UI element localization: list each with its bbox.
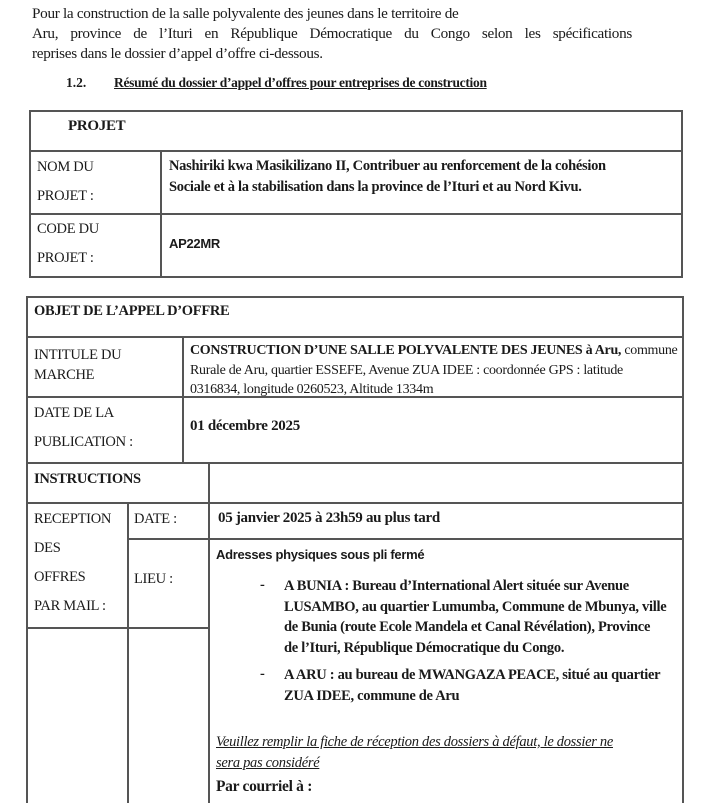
projet-header: PROJET bbox=[68, 118, 125, 135]
value-line: 0316834, longitude 0260523, Altitude 133… bbox=[190, 380, 677, 400]
value-line: Rurale de Aru, quartier ESSEFE, Avenue Z… bbox=[190, 361, 677, 381]
label-line: MARCHE bbox=[34, 365, 121, 385]
label-line: DATE DE LA bbox=[34, 399, 133, 428]
label-line: PUBLICATION : bbox=[34, 428, 133, 457]
address-aru: A ARU : au bureau de MWANGAZA PEACE, sit… bbox=[284, 665, 660, 706]
table-border bbox=[682, 296, 684, 803]
section-number: 1.2. bbox=[66, 75, 86, 91]
table-border bbox=[29, 150, 682, 152]
intitule-label: INTITULE DU MARCHE bbox=[34, 345, 121, 385]
note-line: sera pas considéré bbox=[216, 753, 613, 774]
address-line: A BUNIA : Bureau d’International Alert s… bbox=[284, 576, 666, 597]
address-line: ZUA IDEE, commune de Aru bbox=[284, 686, 660, 707]
label-line: OFFRES bbox=[34, 563, 111, 592]
date-value: 05 janvier 2025 à 23h59 au plus tard bbox=[218, 510, 440, 527]
bullet: - bbox=[260, 577, 265, 594]
value-line: CONSTRUCTION D’UNE SALLE POLYVALENTE DES… bbox=[190, 341, 677, 361]
table-border bbox=[26, 502, 683, 504]
label-line: NOM DU bbox=[37, 153, 94, 182]
label-line: CODE DU bbox=[37, 215, 99, 244]
courriel-label: Par courriel à : bbox=[216, 778, 312, 796]
objet-header: OBJET DE L’APPEL D’OFFRE bbox=[34, 303, 229, 320]
bullet: - bbox=[260, 666, 265, 683]
intitule-value: CONSTRUCTION D’UNE SALLE POLYVALENTE DES… bbox=[190, 341, 677, 400]
code-projet-value: AP22MR bbox=[169, 236, 220, 251]
lieu-label: LIEU : bbox=[134, 571, 173, 588]
table-border bbox=[182, 336, 184, 463]
table-border bbox=[29, 213, 682, 215]
instructions-header: INSTRUCTIONS bbox=[34, 471, 141, 488]
table-border bbox=[681, 110, 683, 278]
table-border bbox=[26, 462, 683, 464]
table-border bbox=[127, 538, 683, 540]
table-border bbox=[127, 502, 129, 803]
address-line: de l’Ituri, République Démocratique du C… bbox=[284, 638, 666, 659]
value-bold: CONSTRUCTION D’UNE SALLE POLYVALENTE DES… bbox=[190, 343, 621, 358]
date-label: DATE : bbox=[134, 511, 177, 528]
value-line: Sociale et à la stabilisation dans la pr… bbox=[169, 177, 606, 198]
table-border bbox=[26, 336, 683, 338]
lieu-heading: Adresses physiques sous pli fermé bbox=[216, 547, 424, 562]
label-line: PROJET : bbox=[37, 182, 94, 211]
table-border bbox=[26, 296, 683, 298]
publication-date: 01 décembre 2025 bbox=[190, 418, 300, 435]
address-bunia: A BUNIA : Bureau d’International Alert s… bbox=[284, 576, 666, 658]
address-line: A ARU : au bureau de MWANGAZA PEACE, sit… bbox=[284, 665, 660, 686]
value-rest: commune bbox=[621, 343, 677, 358]
code-projet-label: CODE DU PROJET : bbox=[37, 215, 99, 273]
value-line: Nashiriki kwa Masikilizano II, Contribue… bbox=[169, 156, 606, 177]
table-border bbox=[26, 627, 209, 629]
reception-label: RECEPTION DES OFFRES PAR MAIL : bbox=[34, 505, 111, 621]
label-line: INTITULE DU bbox=[34, 345, 121, 365]
intro-line-3: reprises dans le dossier d’appel d’offre… bbox=[32, 44, 632, 64]
table-border bbox=[208, 462, 210, 803]
publication-label: DATE DE LA PUBLICATION : bbox=[34, 399, 133, 457]
intro-line-2: Aru, province de l’Ituri en République D… bbox=[32, 24, 632, 44]
intro-paragraph: Pour la construction de la salle polyval… bbox=[32, 4, 632, 64]
nom-projet-value: Nashiriki kwa Masikilizano II, Contribue… bbox=[169, 156, 606, 198]
label-line: PROJET : bbox=[37, 244, 99, 273]
table-border bbox=[29, 110, 682, 112]
label-line: RECEPTION bbox=[34, 505, 111, 534]
intro-line-1: Pour la construction de la salle polyval… bbox=[32, 4, 632, 24]
reception-note: Veuillez remplir la fiche de réception d… bbox=[216, 732, 613, 773]
section-title: Résumé du dossier d’appel d’offres pour … bbox=[114, 75, 487, 91]
table-border bbox=[160, 150, 162, 277]
table-border bbox=[29, 110, 31, 278]
label-line: PAR MAIL : bbox=[34, 592, 111, 621]
table-border bbox=[29, 276, 682, 278]
label-line: DES bbox=[34, 534, 111, 563]
note-line: Veuillez remplir la fiche de réception d… bbox=[216, 732, 613, 753]
nom-projet-label: NOM DU PROJET : bbox=[37, 153, 94, 211]
address-line: LUSAMBO, au quartier Lumumba, Commune de… bbox=[284, 597, 666, 618]
table-border bbox=[26, 296, 28, 803]
address-line: de Bunia (route Ecole Mandela et Canal R… bbox=[284, 617, 666, 638]
